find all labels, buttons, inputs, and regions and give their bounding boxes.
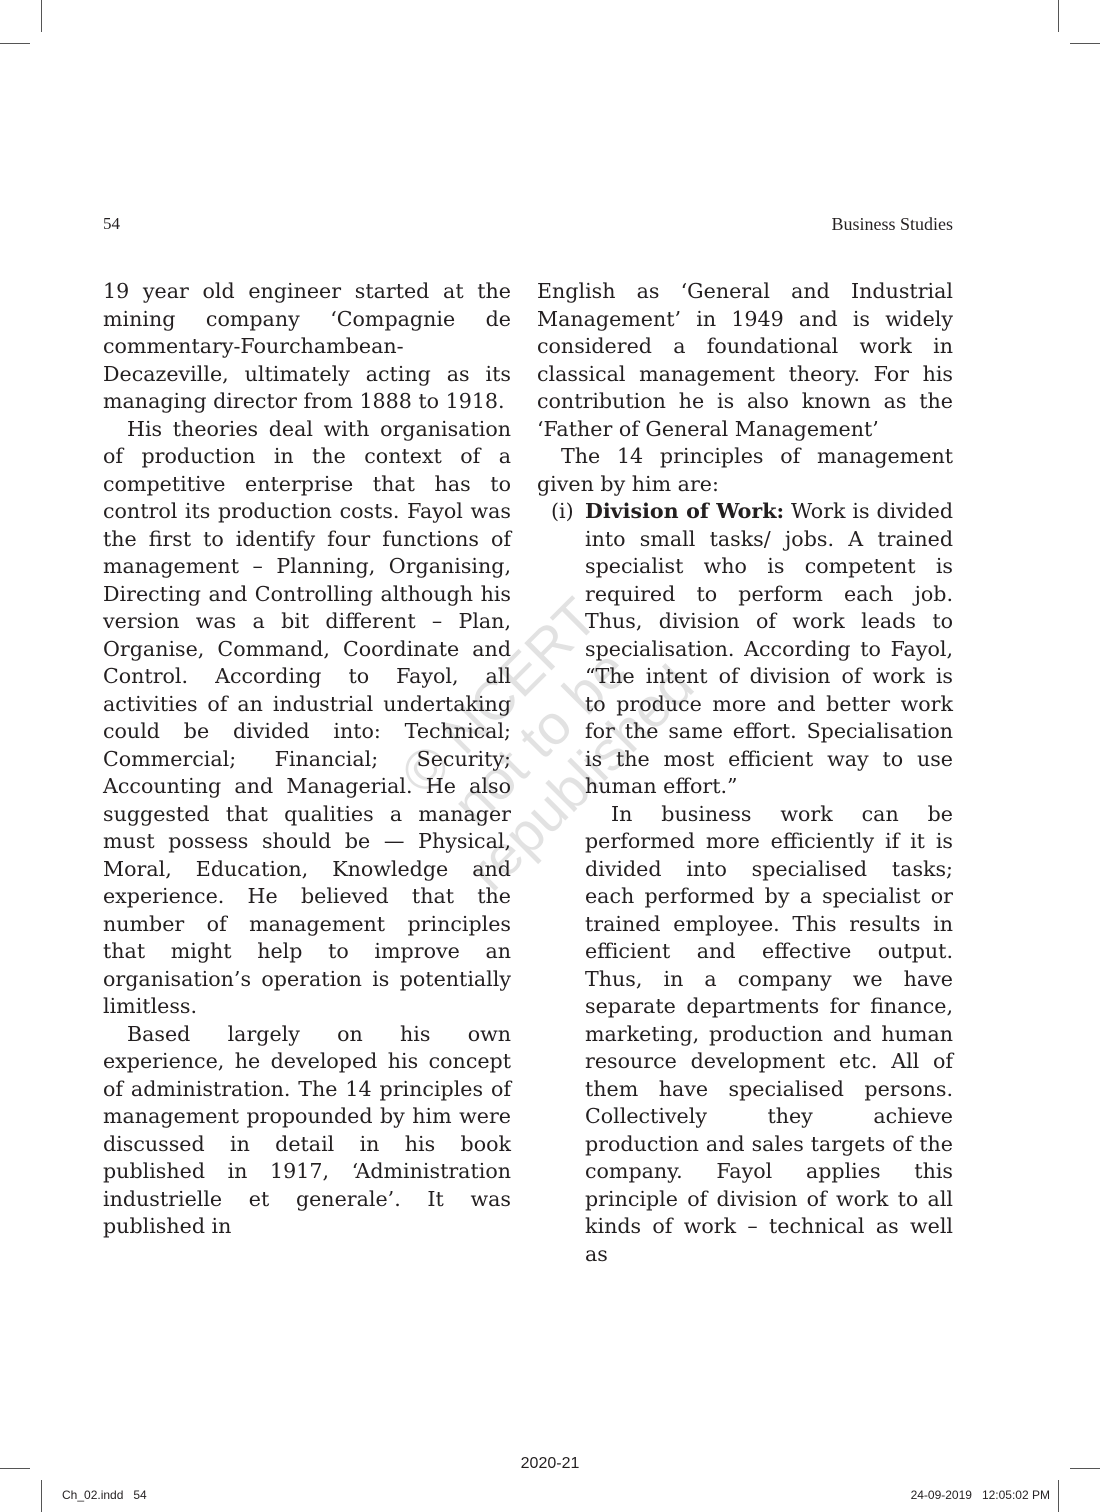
paragraph: His theories deal with organisation of p… xyxy=(103,416,511,1021)
paragraph: Based largely on his own experience, he … xyxy=(103,1021,511,1241)
principle-body: Division of Work: Work is divided into s… xyxy=(585,498,953,801)
paragraph: The 14 principles of management given by… xyxy=(537,443,953,498)
crop-mark-bottom-left-vertical xyxy=(41,1480,42,1512)
footer-file-info: Ch_02.indd 54 xyxy=(62,1488,147,1502)
page-number: 54 xyxy=(103,214,120,234)
principle-text: Work is divided into small tasks/ jobs. … xyxy=(585,499,953,798)
crop-mark-bottom-right-vertical xyxy=(1058,1480,1059,1512)
paragraph: 19 year old engineer started at the mini… xyxy=(103,278,511,416)
footer-timestamp: 24-09-2019 12:05:02 PM xyxy=(911,1488,1050,1502)
paragraph: English as ‘General and Industrial Manag… xyxy=(537,278,953,443)
footer-year: 2020-21 xyxy=(0,1455,1100,1473)
principle-title: Division of Work: xyxy=(585,499,784,523)
book-title: Business Studies xyxy=(831,214,953,235)
principle-number: (i) xyxy=(537,498,585,801)
left-column: 19 year old engineer started at the mini… xyxy=(103,278,511,1241)
crop-mark-top-left-vertical xyxy=(41,0,42,32)
principle-item: (i) Division of Work: Work is divided in… xyxy=(537,498,953,801)
crop-mark-top-right-vertical xyxy=(1058,0,1059,32)
crop-mark-top-left-horizontal xyxy=(0,43,30,44)
right-column: English as ‘General and Industrial Manag… xyxy=(537,278,953,1268)
crop-mark-top-right-horizontal xyxy=(1070,43,1100,44)
paragraph: In business work can be performed more e… xyxy=(585,801,953,1269)
